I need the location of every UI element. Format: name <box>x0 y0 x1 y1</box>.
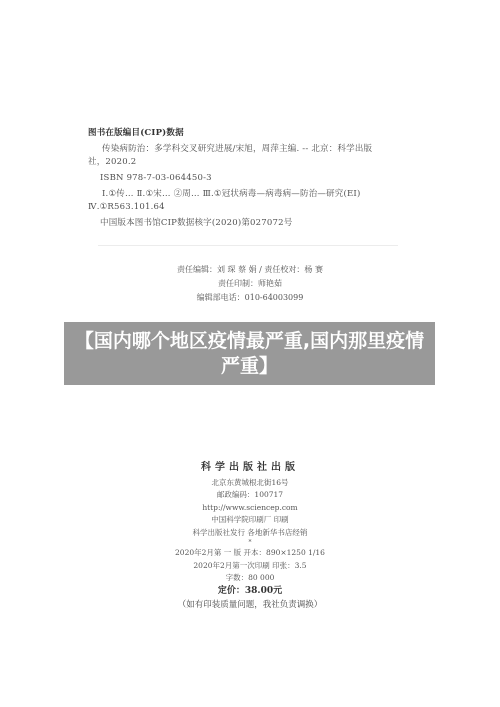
credits-editors: 责任编辑：刘 琛 蔡 娟 / 责任校对：杨 赛 <box>0 263 500 277</box>
credits-phone: 编辑部电话：010-64003099 <box>0 291 500 305</box>
publisher-edition: 2020年2月第 一 版 开本：890×1250 1/16 <box>0 547 500 560</box>
publisher-price: 定价：38.00元 <box>0 585 500 598</box>
credits-block: 责任编辑：刘 琛 蔡 娟 / 责任校对：杨 赛 责任印制：师艳茹 编辑部电话：0… <box>0 263 500 305</box>
divider-rule <box>98 245 398 246</box>
cip-line-isbn: ISBN 978-7-03-064450-3 <box>88 172 388 185</box>
publisher-block: 科学出版社出版 北京东黄城根北街16号 邮政编码：100717 http://w… <box>0 462 500 612</box>
cip-block: 图书在版编目(CIP)数据 传染病防治：多学科交叉研究进展/宋旭，周萍主编. -… <box>88 127 388 233</box>
copyright-page: 图书在版编目(CIP)数据 传染病防治：多学科交叉研究进展/宋旭，周萍主编. -… <box>0 0 500 707</box>
credits-printing: 责任印制：师艳茹 <box>0 277 500 291</box>
publisher-printer: 中国科学院印刷厂 印刷 <box>0 514 500 527</box>
publisher-url: http://www.sciencep.com <box>0 502 500 515</box>
separator-mark: * <box>0 539 500 547</box>
publisher-name: 科学出版社出版 <box>0 462 500 475</box>
title-banner: 【国内哪个地区疫情最严重,国内那里疫情严重】 <box>64 322 435 385</box>
cip-title: 图书在版编目(CIP)数据 <box>88 127 388 140</box>
publisher-wordcount: 字数：80 000 <box>0 572 500 585</box>
cip-line-record: 中国版本图书馆CIP数据核字(2020)第027072号 <box>88 217 388 230</box>
publisher-notice: （如有印装质量问题，我社负责调换） <box>0 599 500 612</box>
publisher-postcode: 邮政编码：100717 <box>0 489 500 502</box>
publisher-impression: 2020年2月第一次印刷 印张：3.5 <box>0 560 500 573</box>
banner-title: 【国内哪个地区疫情最严重,国内那里疫情严重】 <box>72 329 427 379</box>
cip-line-description: 传染病防治：多学科交叉研究进展/宋旭，周萍主编. -- 北京：科学出版社，202… <box>88 143 388 169</box>
publisher-distributor: 科学出版社发行 各地新华书店经销 <box>0 527 500 540</box>
cip-line-subjects: Ⅰ.①传… Ⅱ.①宋… ②周… Ⅲ.①冠状病毒—病毒病—防治—研究(EI) Ⅳ.… <box>88 188 388 214</box>
publisher-address: 北京东黄城根北街16号 <box>0 477 500 490</box>
